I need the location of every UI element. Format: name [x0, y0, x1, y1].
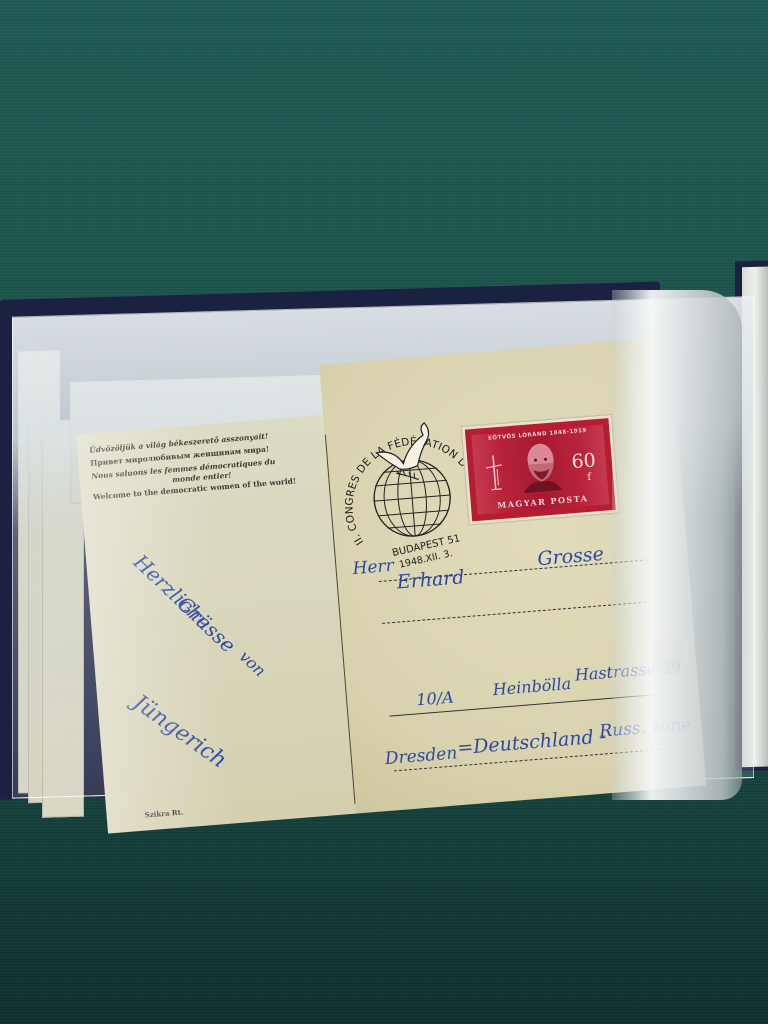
stamp-currency: f [587, 472, 592, 483]
postage-stamp: EÖTVÖS LÓRÁND 1848-1919 60 f M [462, 415, 619, 525]
sleeve-curl [612, 290, 742, 800]
stamp-country: MAGYAR POSTA [477, 491, 609, 512]
stamp-design: EÖTVÖS LÓRÁND 1848-1919 60 f M [471, 425, 609, 515]
portrait-icon [516, 438, 566, 494]
stamp-value: 60 [571, 449, 597, 473]
address-house: 10/A [416, 687, 455, 709]
instrument-icon [483, 455, 506, 492]
